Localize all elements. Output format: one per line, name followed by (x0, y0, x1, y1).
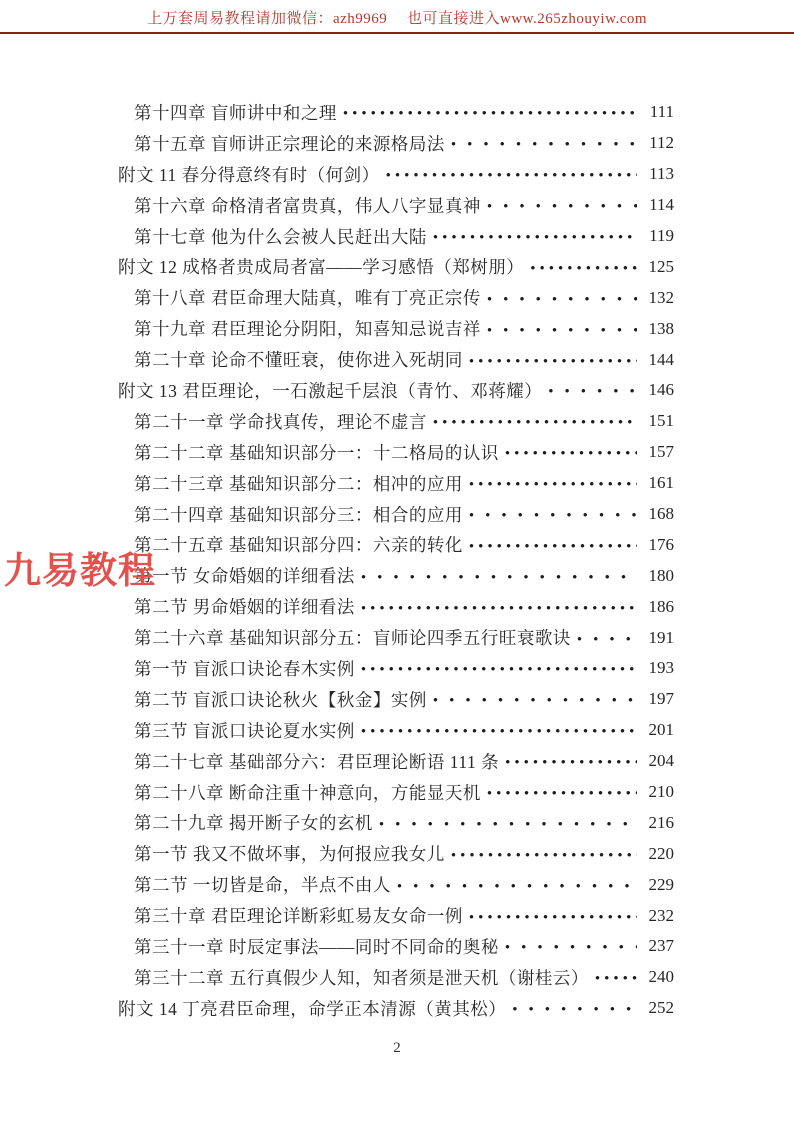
toc-entry-title: 第二十四章 基础知识部分三：相合的应用 (134, 502, 463, 527)
toc-entry: 第二十章 论命不懂旺衰，使你进入死胡同 ••••••••••••••••••••… (118, 344, 674, 375)
toc-entry: 第三十一章 时辰定事法——同时不同命的奥秘 ••••••••••••••••••… (118, 931, 674, 962)
toc-entry: 第一节 我又不做坏事，为何报应我女儿 •••••••••••••••••••••… (118, 838, 674, 869)
toc-entry: 第二节 男命婚姻的详细看法 ••••••••••••••••••••••••••… (118, 591, 674, 622)
toc-entry-title: 第一节 女命婚姻的详细看法 (134, 563, 355, 588)
toc-dot-leader: ••••••••••••••••••••••••••••••••••••••••… (433, 410, 637, 432)
toc-entry: 第二十三章 基础知识部分二：相冲的应用 ••••••••••••••••••••… (118, 468, 674, 499)
toc-entry: 第二十四章 基础知识部分三：相合的应用 ••••••••••••••••••••… (118, 499, 674, 530)
toc-entry: 第十八章 君臣命理大陆真，唯有丁亮正宗传 •••••••••••••••••••… (118, 282, 674, 313)
document-page: 上万套周易教程请加微信：azh9969 也可直接进入www.265zhouyiw… (0, 0, 794, 1123)
toc-dot-leader: ••••••••••••••••••••••••••••••••••••••••… (548, 379, 637, 401)
toc-entry-page-number: 252 (640, 998, 674, 1018)
toc-entry-title: 第三十二章 五行真假少人知，知者须是泄天机（谢桂云） (134, 965, 589, 990)
toc-entry: 第二十九章 揭开断子女的玄机 •••••••••••••••••••••••••… (118, 807, 674, 838)
toc-entry-page-number: 232 (640, 906, 674, 926)
toc-entry-title: 第十八章 君臣命理大陆真，唯有丁亮正宗传 (134, 285, 481, 310)
toc-entry-title: 第二十六章 基础知识部分五：盲师论四季五行旺衰歌诀 (134, 625, 571, 650)
toc-entry-page-number: 229 (640, 875, 674, 895)
toc-entry-title: 第二节 盲派口诀论秋火【秋金】实例 (134, 687, 427, 712)
toc-entry-title: 第一节 盲派口诀论春木实例 (134, 656, 355, 681)
toc-entry: 第三十章 君臣理论详断彩虹易友女命一例 ••••••••••••••••••••… (118, 900, 674, 931)
table-of-contents: 第十四章 盲师讲中和之理 •••••••••••••••••••••••••••… (118, 97, 674, 1024)
toc-entry-title: 第三十一章 时辰定事法——同时不同命的奥秘 (134, 934, 499, 959)
toc-entry-page-number: 186 (640, 597, 674, 617)
toc-entry-page-number: 132 (640, 288, 674, 308)
toc-entry-page-number: 197 (640, 689, 674, 709)
toc-entry-page-number: 201 (640, 720, 674, 740)
toc-dot-leader: ••••••••••••••••••••••••••••••••••••••••… (361, 657, 637, 679)
toc-entry: 第二十六章 基础知识部分五：盲师论四季五行旺衰歌诀 ••••••••••••••… (118, 622, 674, 653)
toc-entry-title: 第二十三章 基础知识部分二：相冲的应用 (134, 471, 463, 496)
toc-entry-title: 第二十一章 学命找真传，理论不虚言 (134, 409, 427, 434)
toc-entry: 第二十七章 基础部分六：君臣理论断语 111 条 •••••••••••••••… (118, 746, 674, 777)
toc-dot-leader: ••••••••••••••••••••••••••••••••••••••••… (469, 349, 637, 371)
toc-entry: 第十四章 盲师讲中和之理 •••••••••••••••••••••••••••… (118, 97, 674, 128)
toc-dot-leader: ••••••••••••••••••••••••••••••••••••••••… (487, 781, 637, 803)
toc-entry: 第十九章 君臣理论分阴阳，知喜知忌说吉祥 •••••••••••••••••••… (118, 313, 674, 344)
toc-entry: 第三十二章 五行真假少人知，知者须是泄天机（谢桂云） •••••••••••••… (118, 962, 674, 993)
toc-dot-leader: ••••••••••••••••••••••••••••••••••••••••… (433, 225, 637, 247)
header-divider-rule (0, 32, 794, 34)
toc-entry-title: 附文 11 春分得意终有时（何剑） (118, 162, 380, 187)
toc-entry-page-number: 151 (640, 411, 674, 431)
toc-dot-leader: ••••••••••••••••••••••••••••••••••••••••… (469, 534, 637, 556)
toc-dot-leader: ••••••••••••••••••••••••••••••••••••••••… (361, 565, 637, 587)
toc-entry-title: 附文 12 成格者贵成局者富——学习感悟（郑树朋） (118, 254, 524, 279)
toc-entry-page-number: 204 (640, 751, 674, 771)
toc-dot-leader: ••••••••••••••••••••••••••••••••••••••••… (505, 935, 637, 957)
toc-entry-page-number: 210 (640, 782, 674, 802)
toc-entry: 附文 12 成格者贵成局者富——学习感悟（郑树朋） ••••••••••••••… (118, 251, 674, 282)
toc-dot-leader: ••••••••••••••••••••••••••••••••••••••••… (487, 318, 637, 340)
toc-entry-page-number: 114 (640, 195, 674, 215)
toc-dot-leader: ••••••••••••••••••••••••••••••••••••••••… (379, 812, 637, 834)
toc-dot-leader: ••••••••••••••••••••••••••••••••••••••••… (487, 287, 637, 309)
toc-entry: 第十七章 他为什么会被人民赶出大陆 ••••••••••••••••••••••… (118, 221, 674, 252)
toc-entry: 附文 11 春分得意终有时（何剑） ••••••••••••••••••••••… (118, 159, 674, 190)
toc-entry-page-number: 112 (640, 133, 674, 153)
toc-entry-page-number: 146 (640, 380, 674, 400)
toc-dot-leader: ••••••••••••••••••••••••••••••••••••••••… (397, 874, 637, 896)
promo-header-text: 上万套周易教程请加微信：azh9969 也可直接进入www.265zhouyiw… (0, 7, 794, 28)
toc-dot-leader: ••••••••••••••••••••••••••••••••••••••••… (469, 503, 637, 525)
toc-entry-title: 附文 13 君臣理论，一石激起千层浪（青竹、邓蒋耀） (118, 378, 542, 403)
toc-entry: 第十五章 盲师讲正宗理论的来源格局法 •••••••••••••••••••••… (118, 128, 674, 159)
page-number: 2 (0, 1040, 794, 1057)
toc-entry-title: 第一节 我又不做坏事，为何报应我女儿 (134, 841, 445, 866)
toc-entry: 第一节 女命婚姻的详细看法 ••••••••••••••••••••••••••… (118, 560, 674, 591)
toc-entry-page-number: 113 (640, 164, 674, 184)
toc-entry-page-number: 180 (640, 566, 674, 586)
toc-entry-title: 第二十八章 断命注重十神意向，方能显天机 (134, 780, 481, 805)
toc-entry: 附文 13 君臣理论，一石激起千层浪（青竹、邓蒋耀） •••••••••••••… (118, 375, 674, 406)
toc-dot-leader: ••••••••••••••••••••••••••••••••••••••••… (469, 905, 637, 927)
toc-entry-page-number: 240 (640, 967, 674, 987)
toc-dot-leader: ••••••••••••••••••••••••••••••••••••••••… (577, 627, 637, 649)
toc-dot-leader: ••••••••••••••••••••••••••••••••••••••••… (487, 194, 637, 216)
toc-entry-page-number: 237 (640, 936, 674, 956)
toc-entry-page-number: 125 (640, 257, 674, 277)
toc-entry-page-number: 168 (640, 504, 674, 524)
toc-entry-page-number: 144 (640, 350, 674, 370)
toc-entry-title: 第三十章 君臣理论详断彩虹易友女命一例 (134, 903, 463, 928)
toc-entry-page-number: 119 (640, 226, 674, 246)
toc-entry-title: 第二节 一切皆是命，半点不由人 (134, 872, 391, 897)
toc-entry: 第十六章 命格清者富贵真，伟人八字显真神 •••••••••••••••••••… (118, 190, 674, 221)
toc-dot-leader: ••••••••••••••••••••••••••••••••••••••••… (361, 596, 637, 618)
toc-entry-title: 附文 14 丁亮君臣命理，命学正本清源（黄其松） (118, 996, 506, 1021)
toc-entry: 第三节 盲派口诀论夏水实例 ••••••••••••••••••••••••••… (118, 715, 674, 746)
toc-dot-leader: ••••••••••••••••••••••••••••••••••••••••… (469, 472, 637, 494)
toc-dot-leader: ••••••••••••••••••••••••••••••••••••••••… (512, 997, 637, 1019)
toc-entry-page-number: 216 (640, 813, 674, 833)
toc-entry-title: 第十四章 盲师讲中和之理 (134, 100, 337, 125)
toc-entry-page-number: 176 (640, 535, 674, 555)
toc-entry: 第二十一章 学命找真传，理论不虚言 ••••••••••••••••••••••… (118, 406, 674, 437)
toc-entry: 第二节 一切皆是命，半点不由人 ••••••••••••••••••••••••… (118, 869, 674, 900)
toc-entry-page-number: 193 (640, 658, 674, 678)
toc-dot-leader: ••••••••••••••••••••••••••••••••••••••••… (451, 132, 637, 154)
toc-entry-page-number: 157 (640, 442, 674, 462)
toc-dot-leader: ••••••••••••••••••••••••••••••••••••••••… (433, 688, 637, 710)
toc-entry-title: 第十六章 命格清者富贵真，伟人八字显真神 (134, 193, 481, 218)
toc-entry-page-number: 191 (640, 628, 674, 648)
toc-dot-leader: ••••••••••••••••••••••••••••••••••••••••… (386, 163, 637, 185)
toc-entry: 第二十二章 基础知识部分一：十二格局的认识 ••••••••••••••••••… (118, 437, 674, 468)
toc-dot-leader: ••••••••••••••••••••••••••••••••••••••••… (595, 966, 637, 988)
toc-entry-title: 第十七章 他为什么会被人民赶出大陆 (134, 224, 427, 249)
toc-entry-title: 第二十章 论命不懂旺衰，使你进入死胡同 (134, 347, 463, 372)
toc-entry: 第二十八章 断命注重十神意向，方能显天机 •••••••••••••••••••… (118, 777, 674, 808)
toc-entry: 第一节 盲派口诀论春木实例 ••••••••••••••••••••••••••… (118, 653, 674, 684)
toc-dot-leader: ••••••••••••••••••••••••••••••••••••••••… (451, 843, 637, 865)
toc-dot-leader: ••••••••••••••••••••••••••••••••••••••••… (361, 719, 637, 741)
toc-entry-title: 第二十七章 基础部分六：君臣理论断语 111 条 (134, 749, 499, 774)
toc-entry-title: 第十九章 君臣理论分阴阳，知喜知忌说吉祥 (134, 316, 481, 341)
toc-entry-title: 第十五章 盲师讲正宗理论的来源格局法 (134, 131, 445, 156)
toc-entry-page-number: 161 (640, 473, 674, 493)
toc-entry-title: 第二十二章 基础知识部分一：十二格局的认识 (134, 440, 499, 465)
toc-dot-leader: ••••••••••••••••••••••••••••••••••••••••… (343, 101, 637, 123)
toc-entry-title: 第三节 盲派口诀论夏水实例 (134, 718, 355, 743)
watermark-text: 九易教程 (4, 540, 156, 594)
toc-dot-leader: ••••••••••••••••••••••••••••••••••••••••… (530, 256, 637, 278)
toc-entry-title: 第二十五章 基础知识部分四：六亲的转化 (134, 532, 463, 557)
toc-entry-title: 第二节 男命婚姻的详细看法 (134, 594, 355, 619)
toc-dot-leader: ••••••••••••••••••••••••••••••••••••••••… (505, 441, 637, 463)
toc-entry: 第二十五章 基础知识部分四：六亲的转化 ••••••••••••••••••••… (118, 529, 674, 560)
toc-entry-page-number: 220 (640, 844, 674, 864)
toc-entry-title: 第二十九章 揭开断子女的玄机 (134, 810, 373, 835)
toc-entry-page-number: 111 (640, 102, 674, 122)
toc-dot-leader: ••••••••••••••••••••••••••••••••••••••••… (505, 750, 637, 772)
toc-entry: 附文 14 丁亮君臣命理，命学正本清源（黄其松） •••••••••••••••… (118, 993, 674, 1024)
toc-entry: 第二节 盲派口诀论秋火【秋金】实例 ••••••••••••••••••••••… (118, 684, 674, 715)
toc-entry-page-number: 138 (640, 319, 674, 339)
